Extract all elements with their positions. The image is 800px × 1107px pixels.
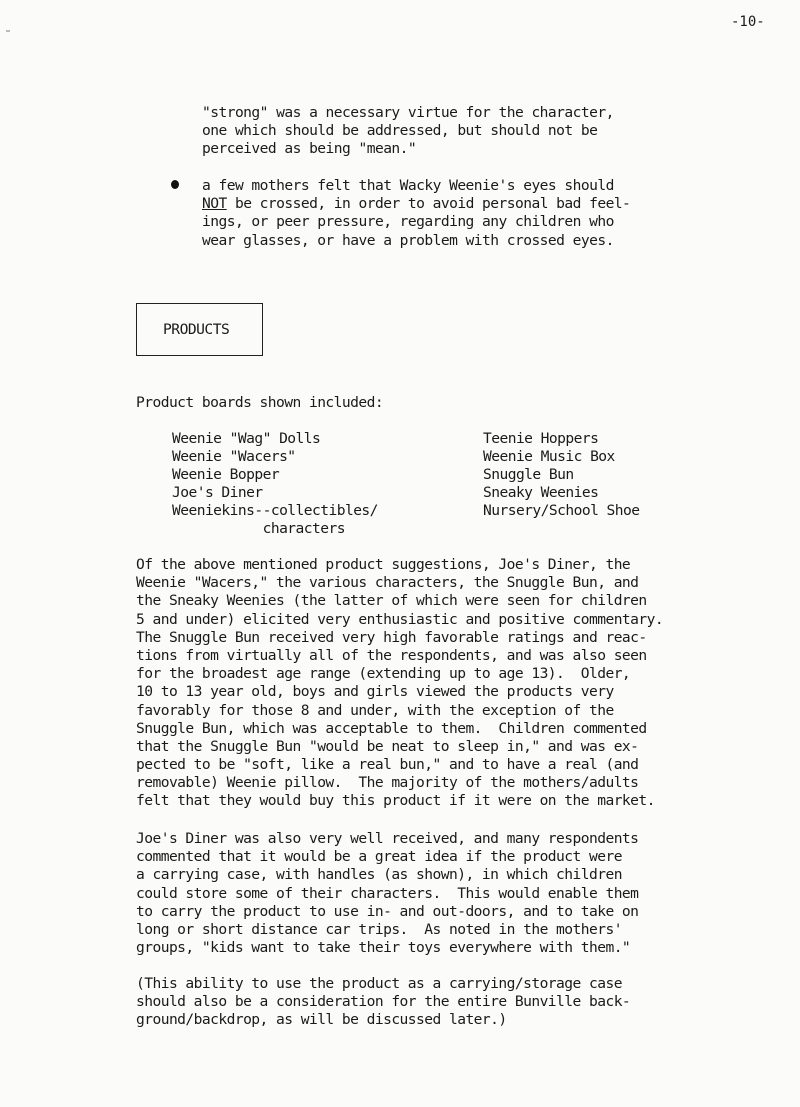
text-line: groups, "kids want to take their toys ev… <box>136 939 638 957</box>
text-line: The Snuggle Bun received very high favor… <box>136 629 663 647</box>
product-list-right: Teenie Hoppers Weenie Music Box Snuggle … <box>483 430 640 520</box>
bullet-item: a few mothers felt that Wacky Weenie's e… <box>202 177 630 250</box>
list-item: Weenie Music Box <box>483 448 640 466</box>
text-line: removable) Weenie pillow. The majority o… <box>136 774 663 792</box>
text-line: Of the above mentioned product suggestio… <box>136 556 663 574</box>
list-item: Nursery/School Shoe <box>483 502 640 520</box>
text-line: favorably for those 8 and under, with th… <box>136 702 663 720</box>
page-number: -10- <box>731 14 765 30</box>
list-item: Sneaky Weenies <box>483 484 640 502</box>
text-line: commented that it would be a great idea … <box>136 848 638 866</box>
text-line: ings, or peer pressure, regarding any ch… <box>202 213 630 231</box>
underlined-word: NOT <box>202 195 227 212</box>
product-intro: Product boards shown included: <box>136 394 383 412</box>
text-line: NOT be crossed, in order to avoid person… <box>202 195 630 213</box>
text-line: ground/backdrop, as will be discussed la… <box>136 1011 630 1029</box>
list-item: Weeniekins--collectibles/ <box>172 502 378 520</box>
text-line: Snuggle Bun, which was acceptable to the… <box>136 720 663 738</box>
text-line: "strong" was a necessary virtue for the … <box>202 104 614 122</box>
scan-mark <box>6 30 10 32</box>
text-line: should also be a consideration for the e… <box>136 993 630 1011</box>
section-heading: PRODUCTS <box>163 321 229 338</box>
text-line: 10 to 13 year old, boys and girls viewed… <box>136 683 663 701</box>
text-line: felt that they would buy this product if… <box>136 792 663 810</box>
text-line: perceived as being "mean." <box>202 140 614 158</box>
list-item: Weenie "Wacers" <box>172 448 378 466</box>
text-line: pected to be "soft, like a real bun," an… <box>136 756 663 774</box>
list-item: Teenie Hoppers <box>483 430 640 448</box>
text-line: 5 and under) elicited very enthusiastic … <box>136 611 663 629</box>
text-line: a carrying case, with handles (as shown)… <box>136 866 638 884</box>
text-line: to carry the product to use in- and out-… <box>136 903 638 921</box>
list-item: Weenie "Wag" Dolls <box>172 430 378 448</box>
text-line: long or short distance car trips. As not… <box>136 921 638 939</box>
text-line: the Sneaky Weenies (the latter of which … <box>136 592 663 610</box>
list-item: characters <box>172 520 378 538</box>
text-line: (This ability to use the product as a ca… <box>136 975 630 993</box>
text-line: tions from virtually all of the responde… <box>136 647 663 665</box>
product-list-left: Weenie "Wag" Dolls Weenie "Wacers" Weeni… <box>172 430 378 539</box>
paragraph-3: (This ability to use the product as a ca… <box>136 975 630 1030</box>
text-line: a few mothers felt that Wacky Weenie's e… <box>202 177 630 195</box>
text-line: Weenie "Wacers," the various characters,… <box>136 574 663 592</box>
list-item: Snuggle Bun <box>483 466 640 484</box>
list-item: Weenie Bopper <box>172 466 378 484</box>
text-line: that the Snuggle Bun "would be neat to s… <box>136 738 663 756</box>
text-line: could store some of their characters. Th… <box>136 885 638 903</box>
text-line: Joe's Diner was also very well received,… <box>136 830 638 848</box>
text-line: wear glasses, or have a problem with cro… <box>202 232 630 250</box>
paragraph-2: Joe's Diner was also very well received,… <box>136 830 638 957</box>
bullet-icon <box>171 180 179 189</box>
text-line: for the broadest age range (extending up… <box>136 665 663 683</box>
paragraph-1: Of the above mentioned product suggestio… <box>136 556 663 811</box>
text-line: one which should be addressed, but shoul… <box>202 122 614 140</box>
list-item: Joe's Diner <box>172 484 378 502</box>
section-heading-box: PRODUCTS <box>136 303 263 356</box>
continued-paragraph: "strong" was a necessary virtue for the … <box>202 104 614 159</box>
